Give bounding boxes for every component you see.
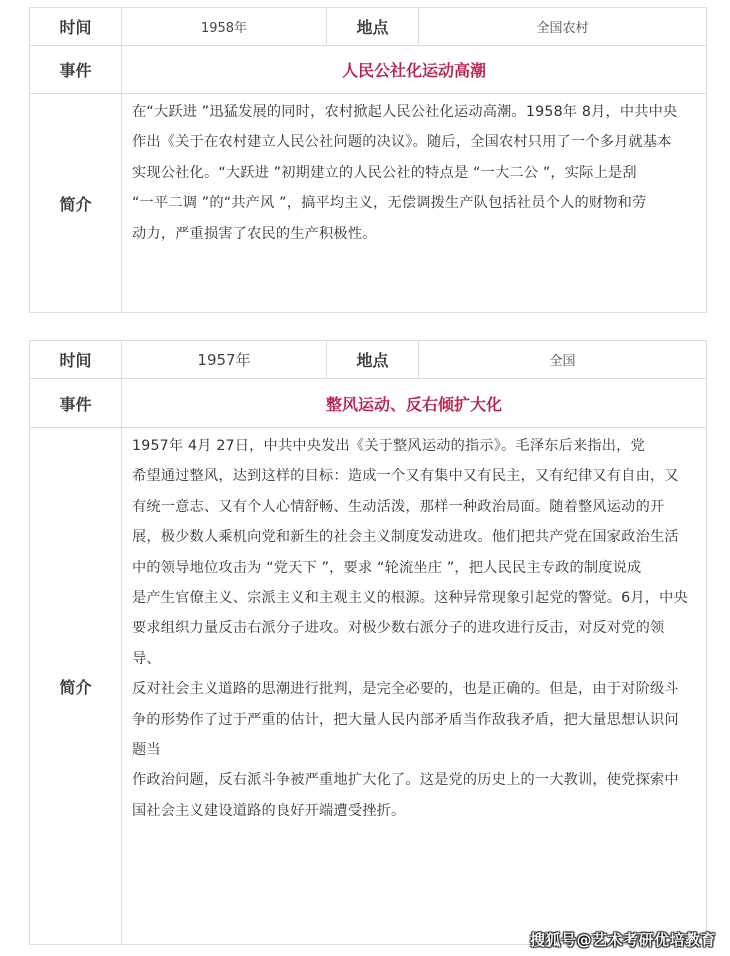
description-label: 简介: [30, 94, 122, 313]
description-line: 希望通过整风，达到这样的目标：造成一个又有集中又有民主，又有纪律又有自由，又: [132, 461, 694, 491]
place-value: 全国农村: [419, 8, 707, 46]
event-title: 整风运动、反右倾扩大化: [122, 379, 707, 428]
event-label: 事件: [30, 46, 122, 94]
description-line: 1957年 4月 27日，中共中央发出《关于整风运动的指示》。毛泽东后来指出，党: [132, 431, 694, 461]
time-place-row: 时间 1957年 地点 全国: [30, 341, 707, 379]
description-line: 是产生官僚主义、宗派主义和主观主义的根源。这种异常现象引起党的警觉。6月，中央: [132, 583, 694, 613]
place-label: 地点: [327, 341, 419, 379]
event-title: 人民公社化运动高潮: [122, 46, 707, 94]
description-line: “一平二调 ”的“共产风 ”，搞平均主义，无偿调拨生产队包括社员个人的财物和劳: [132, 188, 694, 218]
description-line: 要求组织力量反击右派分子进攻。对极少数右派分子的进攻进行反击，对反对党的领: [132, 613, 694, 643]
place-value: 全国: [419, 341, 707, 379]
watermark: 搜狐号@艺术考研优培教育: [530, 929, 716, 950]
description-line: 作政治问题，反右派斗争被严重地扩大化了。这是党的历史上的一大教训，使党探索中: [132, 765, 694, 795]
description-body: 1957年 4月 27日，中共中央发出《关于整风运动的指示》。毛泽东后来指出，党…: [122, 428, 707, 945]
description-line: 题当: [132, 735, 694, 765]
description-body: 在“大跃进 ”迅猛发展的同时，农村掀起人民公社化运动高潮。1958年 8月，中共…: [122, 94, 707, 313]
time-place-row: 时间 1958年 地点 全国农村: [30, 8, 707, 46]
time-label: 时间: [30, 341, 122, 379]
description-line: 导、: [132, 644, 694, 674]
time-label: 时间: [30, 8, 122, 46]
description-line: 有统一意志、又有个人心情舒畅、生动活泼，那样一种政治局面。随着整风运动的开: [132, 492, 694, 522]
description-line: 国社会主义建设道路的良好开端遭受挫折。: [132, 796, 694, 826]
place-label: 地点: [327, 8, 419, 46]
description-line: 中的领导地位攻击为 “党天下 ”，要求 “轮流坐庄 ”，把人民民主专政的制度说成: [132, 553, 694, 583]
description-row: 简介 1957年 4月 27日，中共中央发出《关于整风运动的指示》。毛泽东后来指…: [30, 428, 707, 945]
event-row: 事件 人民公社化运动高潮: [30, 46, 707, 94]
description-line: 动力，严重损害了农民的生产积极性。: [132, 219, 694, 249]
time-value: 1958年: [122, 8, 327, 46]
description-line: 争的形势作了过于严重的估计，把大量人民内部矛盾当作敌我矛盾，把大量思想认识问: [132, 705, 694, 735]
event-row: 事件 整风运动、反右倾扩大化: [30, 379, 707, 428]
description-line: 作出《关于在农村建立人民公社问题的决议》。随后，全国农村只用了一个多月就基本: [132, 127, 694, 157]
description-row: 简介 在“大跃进 ”迅猛发展的同时，农村掀起人民公社化运动高潮。1958年 8月…: [30, 94, 707, 313]
description-line: 在“大跃进 ”迅猛发展的同时，农村掀起人民公社化运动高潮。1958年 8月，中共…: [132, 97, 694, 127]
description-line: 实现公社化。“大跃进 ”初期建立的人民公社的特点是 “一大二公 ”，实际上是刮: [132, 158, 694, 188]
description-line: 反对社会主义道路的思潮进行批判，是完全必要的，也是正确的。但是，由于对阶级斗: [132, 674, 694, 704]
time-value: 1957年: [122, 341, 327, 379]
event-label: 事件: [30, 379, 122, 428]
event-table-2: 时间 1957年 地点 全国 事件 整风运动、反右倾扩大化 简介 1957年 4…: [29, 340, 707, 945]
event-table-1: 时间 1958年 地点 全国农村 事件 人民公社化运动高潮 简介 在“大跃进 ”…: [29, 7, 707, 313]
description-line: 展，极少数人乘机向党和新生的社会主义制度发动进攻。他们把共产党在国家政治生活: [132, 522, 694, 552]
description-label: 简介: [30, 428, 122, 945]
